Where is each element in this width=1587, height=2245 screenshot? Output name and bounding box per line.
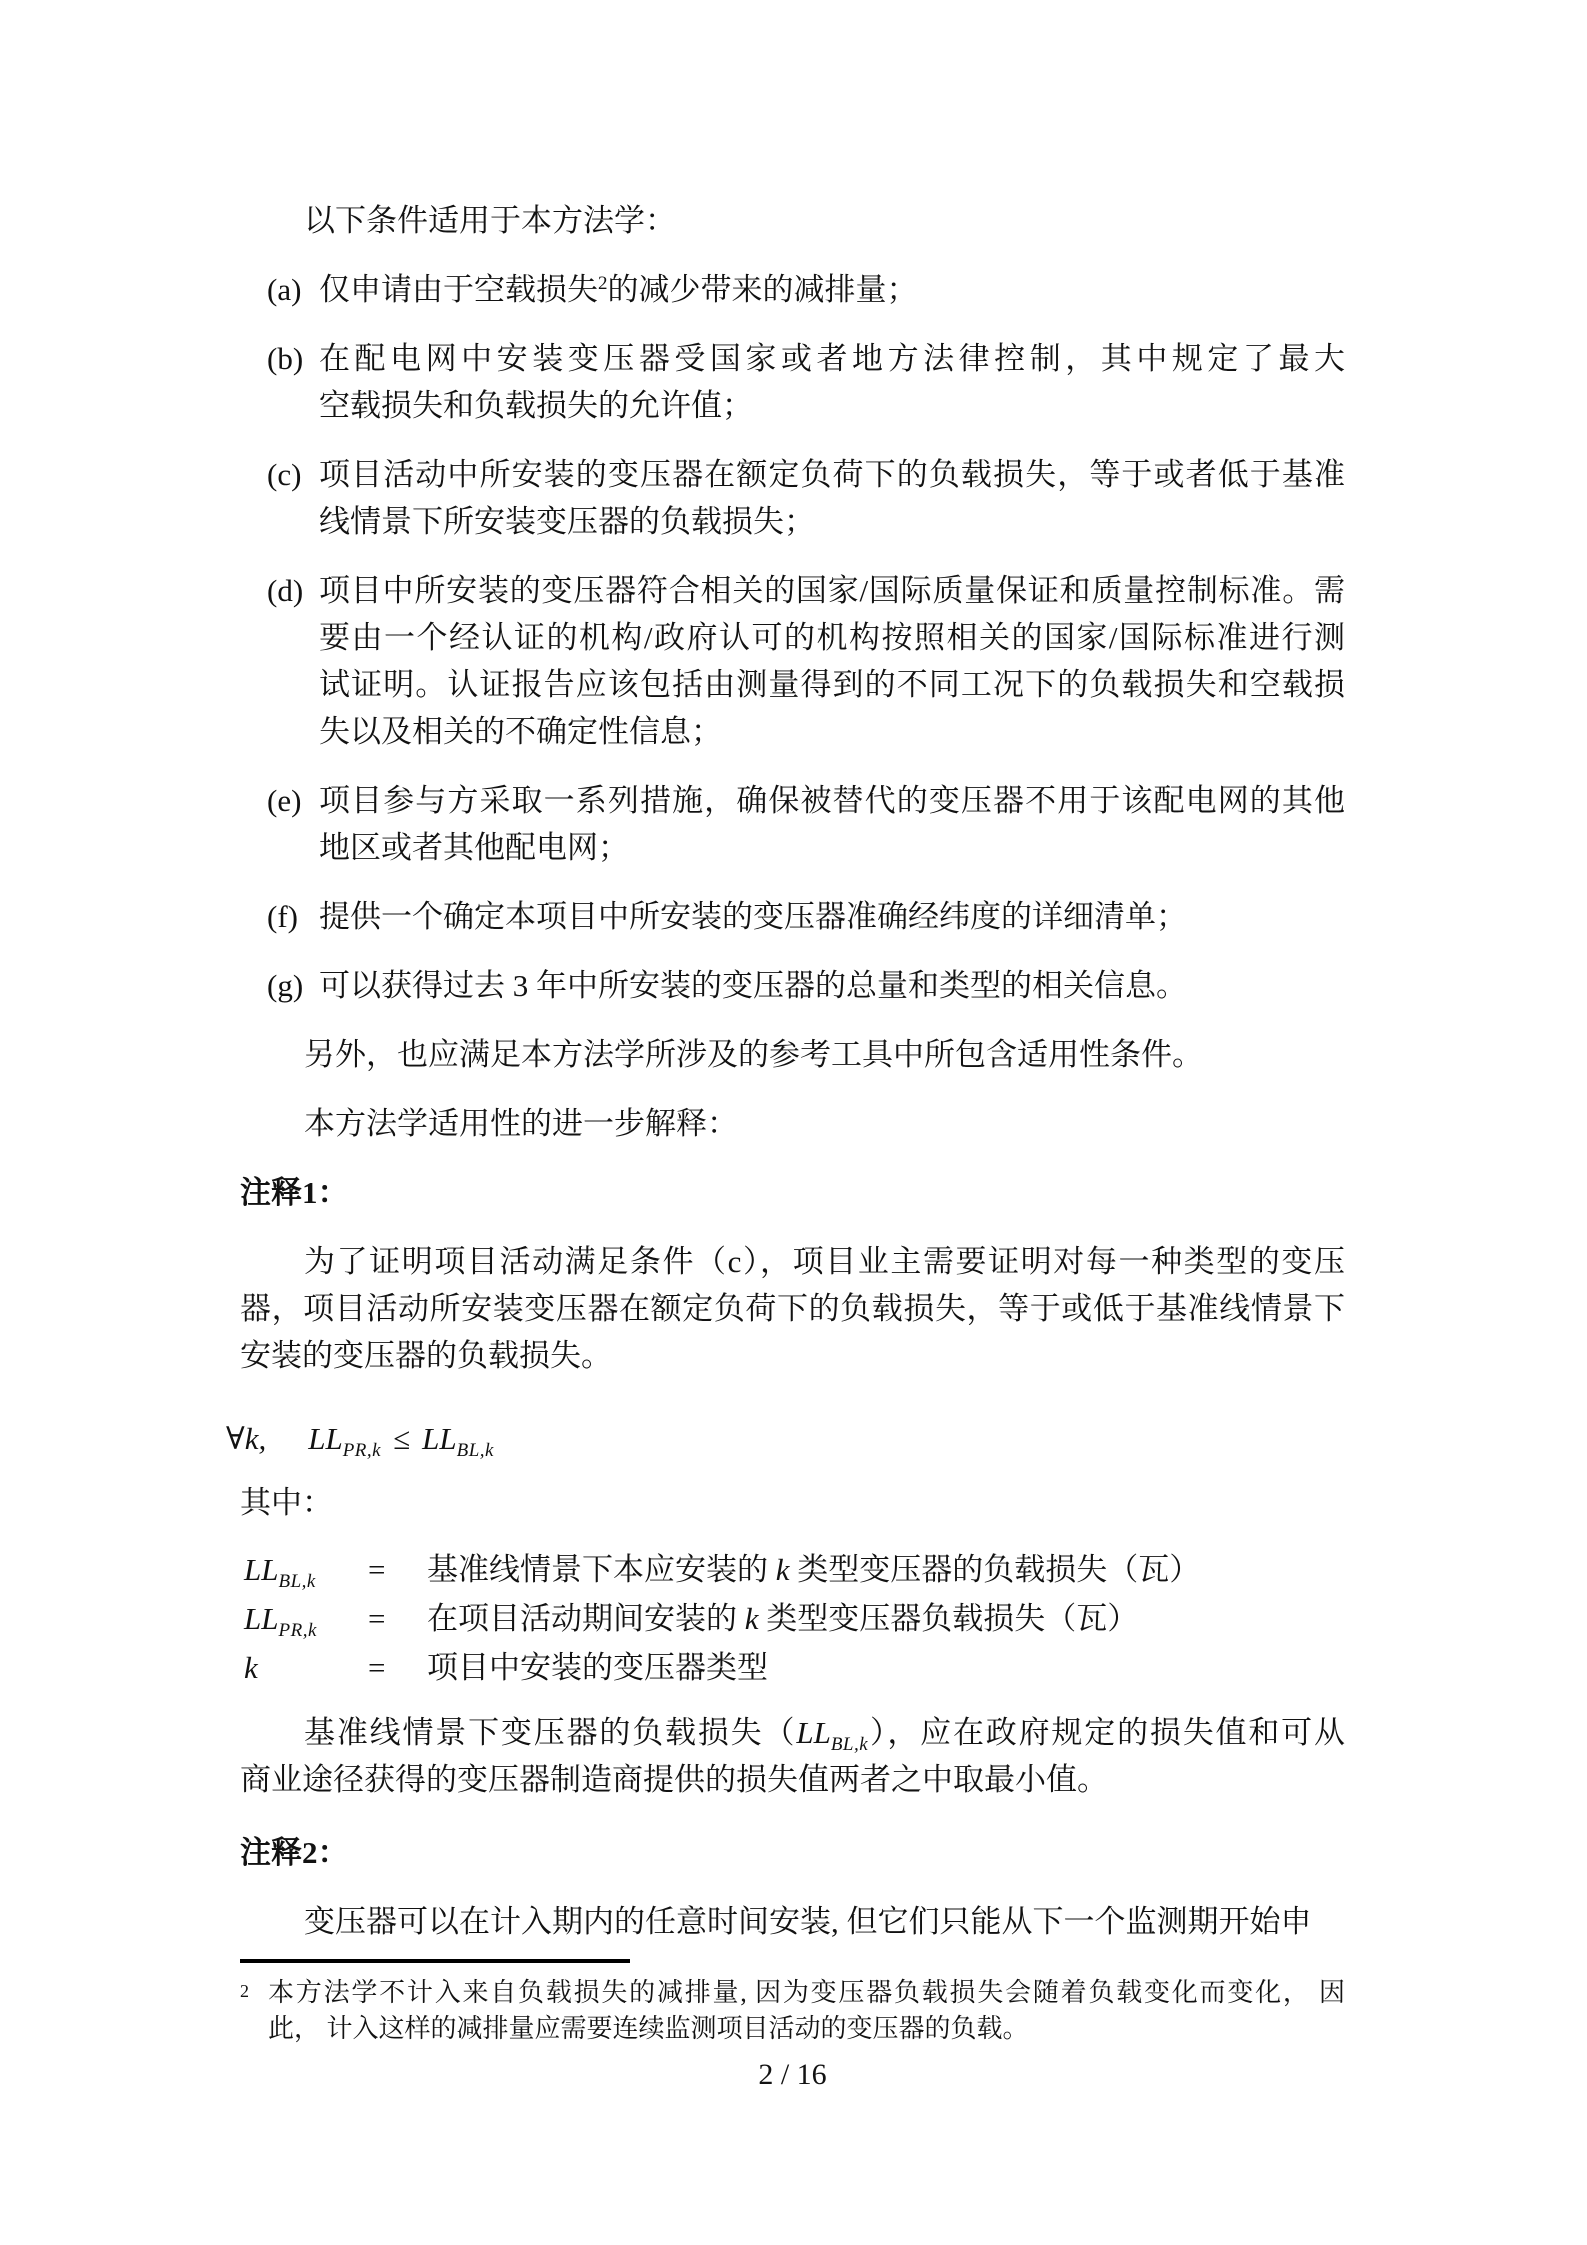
- condition-line: 空载损失和负载损失的允许值；: [319, 382, 1345, 429]
- condition-line: 可以获得过去 3 年中所安装的变压器的总量和类型的相关信息。: [319, 962, 1345, 1009]
- definition-text: 项目中安装的变压器类型: [427, 1643, 1345, 1692]
- condition-line: 提供一个确定本项目中所安装的变压器准确经纬度的详细清单；: [319, 893, 1345, 940]
- condition-line: 试证明。认证报告应该包括由测量得到的不同工况下的负载损失和空载损: [319, 661, 1345, 708]
- ll-bl-subscript: BL,k: [457, 1440, 494, 1461]
- condition-line: 项目中所安装的变压器符合相关的国家/国际质量保证和质量控制标准。需: [319, 567, 1345, 614]
- k-variable: k: [776, 1552, 790, 1587]
- additional-paragraph: 另外，也应满足本方法学所涉及的参考工具中所包含适用性条件。: [240, 1031, 1345, 1078]
- k-variable: k: [745, 1601, 759, 1636]
- less-equal-operator: ≤: [381, 1421, 422, 1456]
- definition-text-pre: 在项目活动期间安装的: [427, 1601, 745, 1636]
- definition-text-post: 类型变压器负载损失（瓦）: [759, 1601, 1139, 1636]
- ll-pr-subscript: PR,k: [343, 1440, 381, 1461]
- definition-text-pre: 基准线情景下本应安装的: [427, 1552, 776, 1587]
- condition-line: 项目参与方采取一系列措施，确保被替代的变压器不用于该配电网的其他: [319, 777, 1345, 824]
- definition-text-post: 类型变压器的负载损失（瓦）: [790, 1552, 1201, 1587]
- note1-line: 安装的变压器的负载损失。: [240, 1332, 1345, 1379]
- note1-line: 为了证明项目活动满足条件（c），项目业主需要证明对每一种类型的变压: [240, 1238, 1345, 1285]
- ll-bl-subscript: BL,k: [831, 1734, 868, 1755]
- forall-k-term: ∀k,: [226, 1421, 266, 1456]
- condition-item-e: (e) 项目参与方采取一系列措施，确保被替代的变压器不用于该配电网的其他 地区或…: [240, 777, 1345, 871]
- ll-bl-symbol: LL: [422, 1421, 456, 1456]
- definition-symbol: LLBL,k: [240, 1545, 368, 1594]
- note1-paragraph: 为了证明项目活动满足条件（c），项目业主需要证明对每一种类型的变压 器，项目活动…: [240, 1238, 1345, 1379]
- document-content: 以下条件适用于本方法学： (a) 仅申请由于空载损失2的减少带来的减排量； (b…: [240, 197, 1345, 2095]
- condition-item-f: (f) 提供一个确定本项目中所安装的变压器准确经纬度的详细清单；: [240, 893, 1345, 940]
- footnote-line: 此， 计入这样的减排量应需要连续监测项目活动的变压器的负载。: [268, 2011, 1345, 2047]
- symbol-main: LL: [244, 1552, 278, 1587]
- further-explanation-paragraph: 本方法学适用性的进一步解释：: [240, 1100, 1345, 1147]
- condition-marker: (g): [267, 962, 303, 1009]
- condition-line: 要由一个经认证的机构/政府认可的机构按照相关的国家/国际标准进行测: [319, 614, 1345, 661]
- baseline-line: 商业途径获得的变压器制造商提供的损失值两者之中取最小值。: [240, 1756, 1345, 1803]
- definition-symbol: k: [240, 1643, 368, 1692]
- baseline-text: 基准线情景下变压器的负载损失（: [304, 1715, 796, 1750]
- definition-text-pre: 项目中安装的变压器类型: [427, 1650, 768, 1685]
- footnote-reference: 2: [598, 273, 608, 294]
- condition-line: 失以及相关的不确定性信息；: [319, 708, 1345, 755]
- loss-comparison-formula: ∀k,LLPR,k≤LLBL,k: [226, 1415, 1345, 1462]
- definition-text: 基准线情景下本应安装的 k 类型变压器的负载损失（瓦）: [427, 1545, 1345, 1594]
- note2-paragraph: 变压器可以在计入期内的任意时间安装, 但它们只能从下一个监测期开始申: [240, 1898, 1345, 1945]
- condition-line: 地区或者其他配电网；: [319, 824, 1345, 871]
- condition-marker: (d): [267, 567, 303, 614]
- intro-paragraph: 以下条件适用于本方法学：: [240, 197, 1345, 244]
- note2-heading: 注释2：: [240, 1829, 1345, 1876]
- condition-line: 仅申请由于空载损失2的减少带来的减排量；: [319, 266, 1345, 313]
- page-number: 2 / 16: [240, 2055, 1345, 2095]
- condition-line: 项目活动中所安装的变压器在额定负荷下的负载损失，等于或者低于基准: [319, 451, 1345, 498]
- ll-pr-symbol: LL: [308, 1421, 342, 1456]
- note1-heading: 注释1：: [240, 1169, 1345, 1216]
- condition-marker: (b): [267, 335, 303, 382]
- ll-bl-symbol: LL: [796, 1715, 830, 1750]
- definition-list: LLBL,k = 基准线情景下本应安装的 k 类型变压器的负载损失（瓦） LLP…: [240, 1545, 1345, 1692]
- condition-item-d: (d) 项目中所安装的变压器符合相关的国家/国际质量保证和质量控制标准。需 要由…: [240, 567, 1345, 755]
- definition-row: LLBL,k = 基准线情景下本应安装的 k 类型变压器的负载损失（瓦）: [240, 1545, 1345, 1594]
- where-label: 其中：: [240, 1479, 1345, 1526]
- definition-text: 在项目活动期间安装的 k 类型变压器负载损失（瓦）: [427, 1594, 1345, 1643]
- equals-sign: =: [368, 1643, 427, 1692]
- equals-sign: =: [368, 1545, 427, 1594]
- condition-item-b: (b) 在配电网中安装变压器受国家或者地方法律控制，其中规定了最大 空载损失和负…: [240, 335, 1345, 429]
- symbol-subscript: BL,k: [278, 1571, 315, 1592]
- definition-row: LLPR,k = 在项目活动期间安装的 k 类型变压器负载损失（瓦）: [240, 1594, 1345, 1643]
- definition-row: k = 项目中安装的变压器类型: [240, 1643, 1345, 1692]
- symbol-main: LL: [244, 1601, 278, 1636]
- baseline-text: ），应在政府规定的损失值和可从: [868, 1715, 1345, 1750]
- condition-line: 在配电网中安装变压器受国家或者地方法律控制，其中规定了最大: [319, 335, 1345, 382]
- footnote-line: 本方法学不计入来自负载损失的减排量, 因为变压器负载损失会随着负载变化而变化， …: [268, 1975, 1345, 2011]
- symbol-main: k: [244, 1650, 258, 1685]
- condition-text: 仅申请由于空载损失: [319, 272, 598, 307]
- condition-marker: (c): [267, 451, 301, 498]
- condition-item-g: (g) 可以获得过去 3 年中所安装的变压器的总量和类型的相关信息。: [240, 962, 1345, 1009]
- definition-symbol: LLPR,k: [240, 1594, 368, 1643]
- baseline-line: 基准线情景下变压器的负载损失（LLBL,k），应在政府规定的损失值和可从: [240, 1709, 1345, 1756]
- note1-line: 器，项目活动所安装变压器在额定负荷下的负载损失，等于或低于基准线情景下: [240, 1285, 1345, 1332]
- condition-text: 的减少带来的减排量；: [608, 272, 918, 307]
- symbol-subscript: PR,k: [278, 1620, 316, 1641]
- equals-sign: =: [368, 1594, 427, 1643]
- footnote-marker: 2: [240, 1973, 249, 2009]
- condition-marker: (e): [267, 777, 301, 824]
- condition-item-c: (c) 项目活动中所安装的变压器在额定负荷下的负载损失，等于或者低于基准 线情景…: [240, 451, 1345, 545]
- footnote-separator-rule: [240, 1959, 630, 1963]
- document-page: 以下条件适用于本方法学： (a) 仅申请由于空载损失2的减少带来的减排量； (b…: [0, 0, 1587, 2245]
- condition-item-a: (a) 仅申请由于空载损失2的减少带来的减排量；: [240, 266, 1345, 313]
- baseline-loss-paragraph: 基准线情景下变压器的负载损失（LLBL,k），应在政府规定的损失值和可从 商业途…: [240, 1709, 1345, 1803]
- footnote: 2 本方法学不计入来自负载损失的减排量, 因为变压器负载损失会随着负载变化而变化…: [240, 1975, 1345, 2047]
- condition-marker: (a): [267, 266, 301, 313]
- condition-line: 线情景下所安装变压器的负载损失；: [319, 498, 1345, 545]
- condition-marker: (f): [267, 893, 298, 940]
